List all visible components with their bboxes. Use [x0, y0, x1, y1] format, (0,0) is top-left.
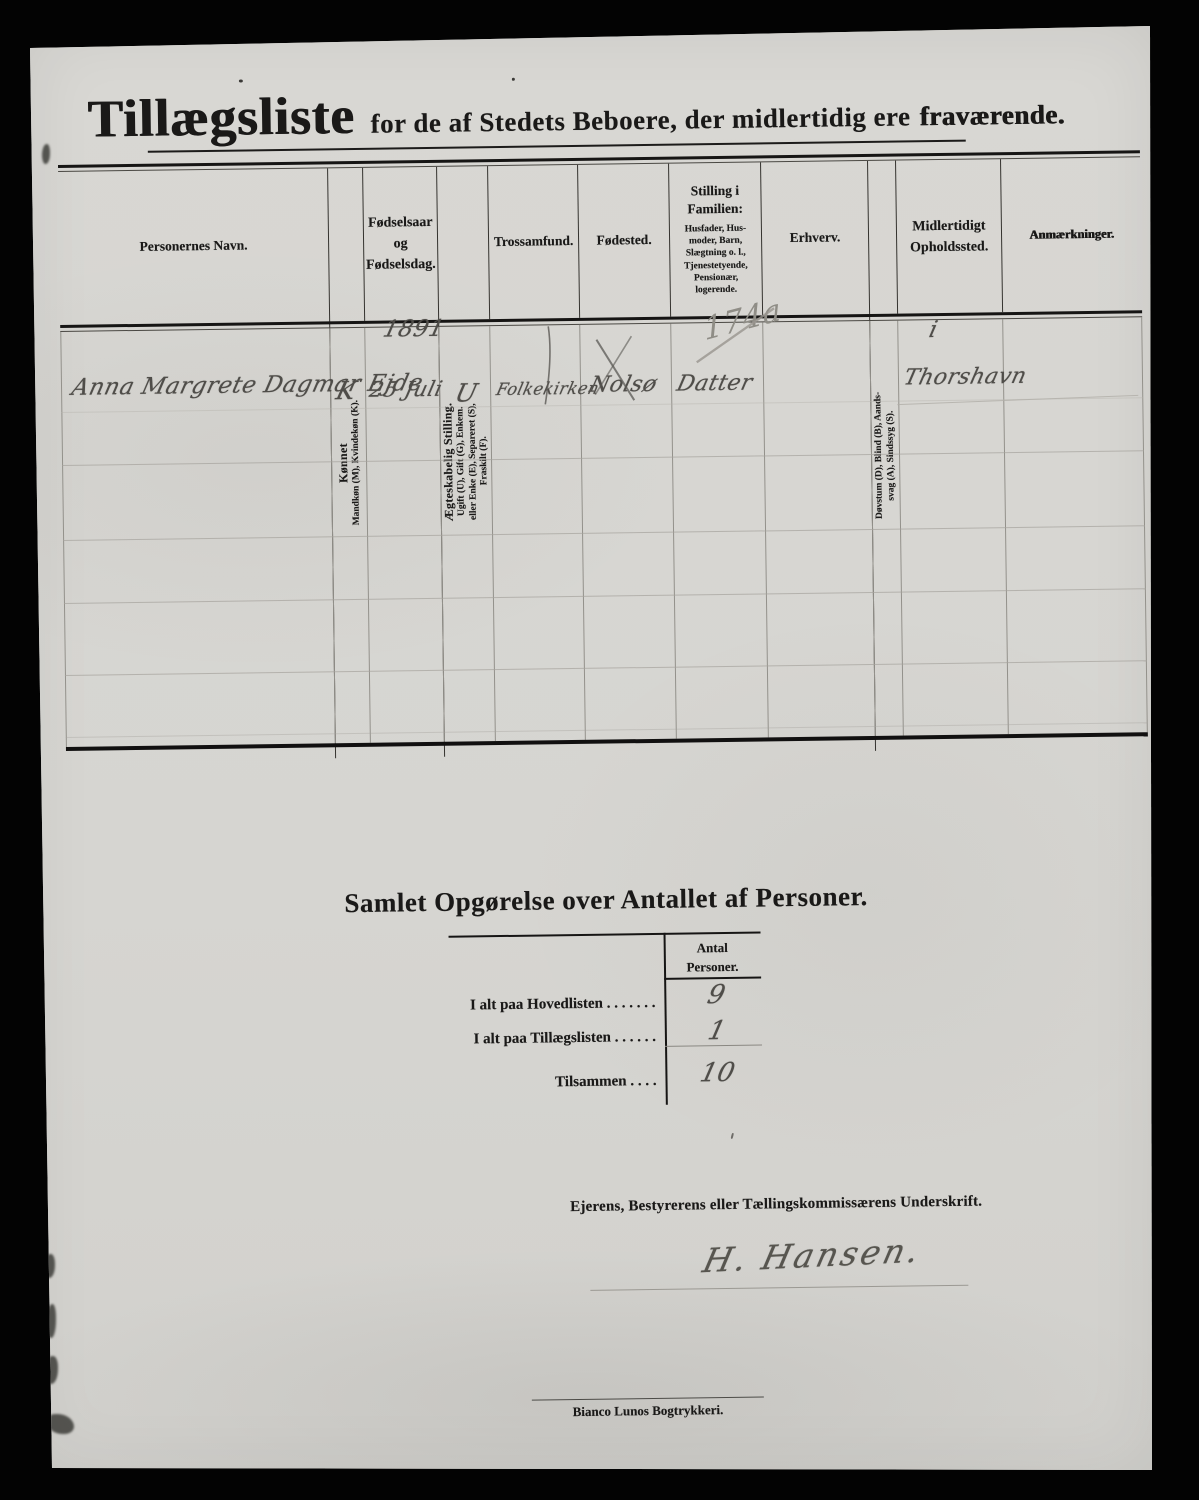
summary-title: Samlet Opgørelse over Antallet af Person…: [320, 881, 892, 920]
ink-speck: [239, 79, 243, 82]
printer-credit: Bianco Lunos Bogtrykkeri.: [507, 1401, 789, 1421]
signature-name: H. Hansen.: [699, 1230, 926, 1280]
summary-top-rule: [449, 932, 761, 938]
summary-value-total: 10: [666, 1057, 770, 1088]
summary-count-header: Antal Personer.: [664, 939, 762, 978]
form-subtitle: for de af Stedets Beboere, der midlertid…: [370, 101, 910, 139]
summary-value-mainlist: 9: [665, 979, 769, 1010]
form-subtitle-emphasis: fraværende.: [919, 99, 1065, 132]
signature-line: [590, 1285, 968, 1291]
form-title: Tillægsliste: [87, 86, 355, 150]
scanned-census-form: Tillægsliste for de af Stedets Beboere, …: [0, 0, 1199, 1500]
form-title-row: Tillægsliste for de af Stedets Beboere, …: [87, 76, 1065, 149]
summary-row-label: I alt paa Hovedlisten . . . . . . .: [449, 995, 655, 1015]
document-page: Tillægsliste for de af Stedets Beboere, …: [30, 26, 1152, 1470]
summary-row-label: Tilsammen . . . .: [450, 1073, 656, 1093]
printer-line: [532, 1397, 764, 1401]
ink-speck: [731, 1133, 734, 1139]
signature-caption: Ejerens, Bestyrerens eller Tællingskommi…: [566, 1193, 986, 1216]
summary-table: Antal Personer. I alt paa Hovedlisten . …: [449, 932, 763, 1114]
summary-row-label: I alt paa Tillægslisten . . . . . .: [450, 1029, 656, 1049]
ink-stroke-overlay: [58, 150, 1148, 755]
ink-speck: [512, 78, 515, 81]
census-table: Personernes Navn. Kønnet Mandkøn (M), Kv…: [58, 150, 1148, 755]
page-content: Tillægsliste for de af Stedets Beboere, …: [30, 25, 1169, 1465]
summary-value-supplement: 1: [665, 1015, 769, 1046]
